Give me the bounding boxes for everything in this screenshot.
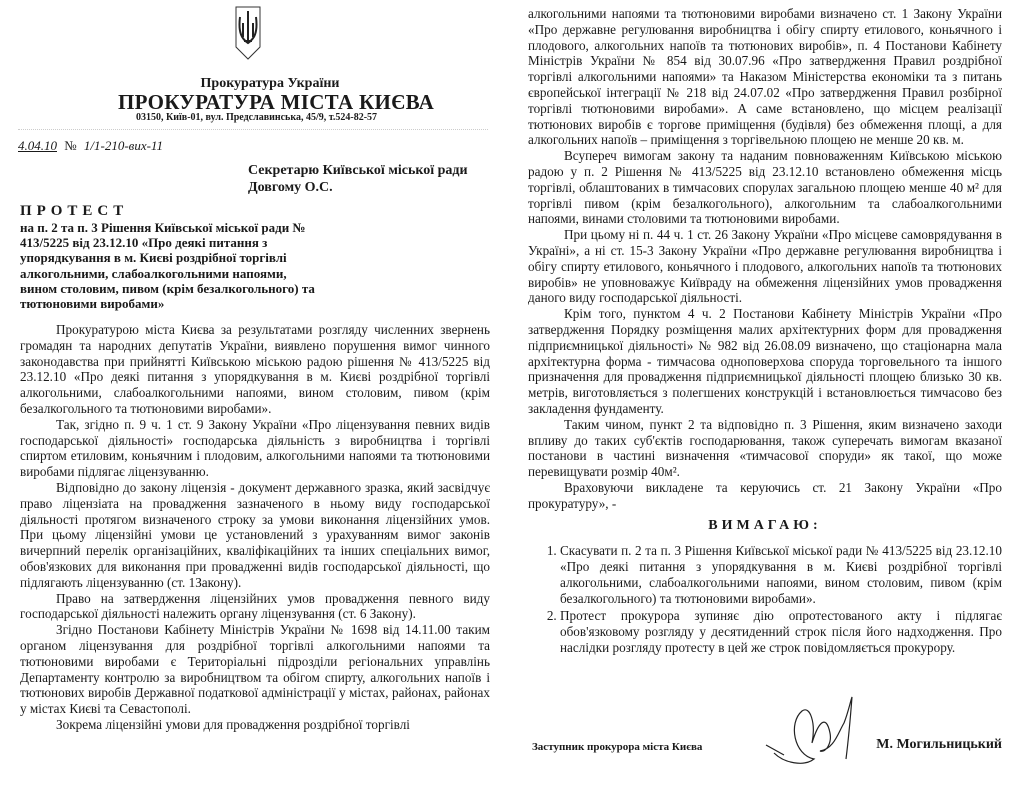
doc-date: 4.04.10 (18, 138, 57, 153)
demand-item: Скасувати п. 2 та п. 3 Рішення Київської… (560, 543, 1002, 606)
protest-subject: на п. 2 та п. 3 Рішення Київської місько… (20, 220, 320, 311)
paragraph: Враховуючи викладене та керуючись ст. 21… (528, 480, 1002, 512)
paragraph: Право на затвердження ліцензійних умов п… (20, 591, 490, 623)
paragraph: Так, згідно п. 9 ч. 1 ст. 9 Закону Украї… (20, 417, 490, 480)
signer-name: М. Могильницький (876, 737, 1002, 753)
paragraph: Відповідно до закону ліцензія - документ… (20, 480, 490, 591)
paragraph: Зокрема ліцензійні умови для провадження… (20, 717, 490, 733)
handwritten-signature-icon (764, 693, 874, 767)
addressee: Секретарю Київської міської ради Довгому… (248, 162, 468, 196)
number-label: № (64, 138, 76, 153)
addressee-line1: Секретарю Київської міської ради (248, 162, 468, 179)
page-left: Прокуратура України ПРОКУРАТУРА МІСТА КИ… (0, 0, 512, 794)
divider (18, 129, 488, 130)
demand-title: ВИМАГАЮ: (528, 518, 1002, 534)
body-right: алкогольними напоями та тютюновими вироб… (528, 6, 1002, 658)
signature-block: Заступник прокурора міста Києва М. Могил… (532, 735, 1002, 765)
body-left: Прокуратурою міста Києва за результатами… (20, 322, 490, 733)
demand-list: Скасувати п. 2 та п. 3 Рішення Київської… (528, 543, 1002, 656)
addressee-line2: Довгому О.С. (248, 179, 468, 196)
outgoing-ref: 4.04.10 № 1/1-210-вих-11 (18, 138, 163, 154)
paragraph: Крім того, пунктом 4 ч. 2 Постанови Кабі… (528, 306, 1002, 417)
paragraph: алкогольними напоями та тютюновими вироб… (528, 6, 1002, 148)
signer-title: Заступник прокурора міста Києва (532, 741, 702, 753)
paragraph: Таким чином, пункт 2 та відповідно п. 3 … (528, 417, 1002, 480)
protest-title: ПРОТЕСТ (20, 203, 128, 220)
paragraph: При цьому ні п. 44 ч. 1 ст. 26 Закону Ук… (528, 227, 1002, 306)
paragraph: Прокуратурою міста Києва за результатами… (20, 322, 490, 417)
paragraph: Всупереч вимогам закону та наданим повно… (528, 148, 1002, 227)
header-address: 03150, Київ-01, вул. Предславинська, 45/… (136, 112, 377, 123)
demand-item: Протест прокурора зупиняє дію опротестов… (560, 608, 1002, 655)
doc-number: 1/1-210-вих-11 (84, 138, 163, 153)
page-right: алкогольними напоями та тютюновими вироб… (512, 0, 1024, 794)
trident-icon (234, 5, 262, 61)
paragraph: Згідно Постанови Кабінету Міністрів Укра… (20, 622, 490, 717)
